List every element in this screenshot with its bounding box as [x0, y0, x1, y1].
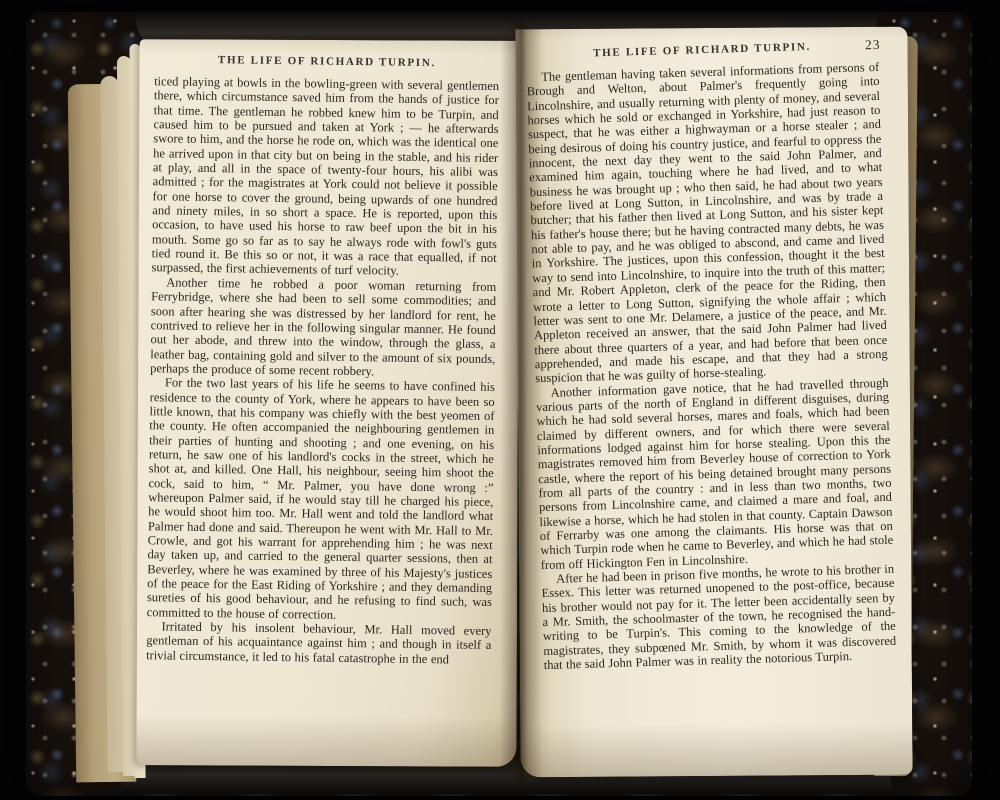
paragraph: Another information gave notice, that he…: [535, 375, 893, 572]
paragraph: After he had been in prison five months,…: [541, 562, 897, 673]
paragraph: The gentleman having taken several infor…: [526, 60, 888, 386]
right-page-text: The gentleman having taken several infor…: [526, 60, 897, 673]
left-page: THE LIFE OF RICHARD TURPIN. ticed playin…: [136, 39, 519, 767]
left-page-content: THE LIFE OF RICHARD TURPIN. ticed playin…: [146, 53, 499, 667]
page-number: 23: [865, 37, 881, 53]
paragraph: For the two last years of his life he se…: [147, 375, 495, 624]
paragraph: ticed playing at bowls in the bowling-gr…: [151, 74, 499, 280]
right-page: THE LIFE OF RICHARD TURPIN. 23 The gentl…: [515, 27, 912, 778]
book-cover-marbled: THE LIFE OF RICHARD TURPIN. ticed playin…: [26, 12, 972, 796]
photo-background: THE LIFE OF RICHARD TURPIN. ticed playin…: [0, 0, 1000, 800]
running-title-left: THE LIFE OF RICHARD TURPIN.: [154, 53, 499, 70]
paragraph: Irritated by his insolent behaviour, Mr.…: [146, 619, 492, 667]
running-title-right: THE LIFE OF RICHARD TURPIN. 23: [525, 39, 878, 61]
running-title-text: THE LIFE OF RICHARD TURPIN.: [593, 41, 811, 59]
left-page-text: ticed playing at bowls in the bowling-gr…: [146, 74, 499, 667]
paragraph: Another time he robbed a poor woman retu…: [150, 275, 496, 380]
right-page-content: THE LIFE OF RICHARD TURPIN. 23 The gentl…: [525, 39, 896, 673]
